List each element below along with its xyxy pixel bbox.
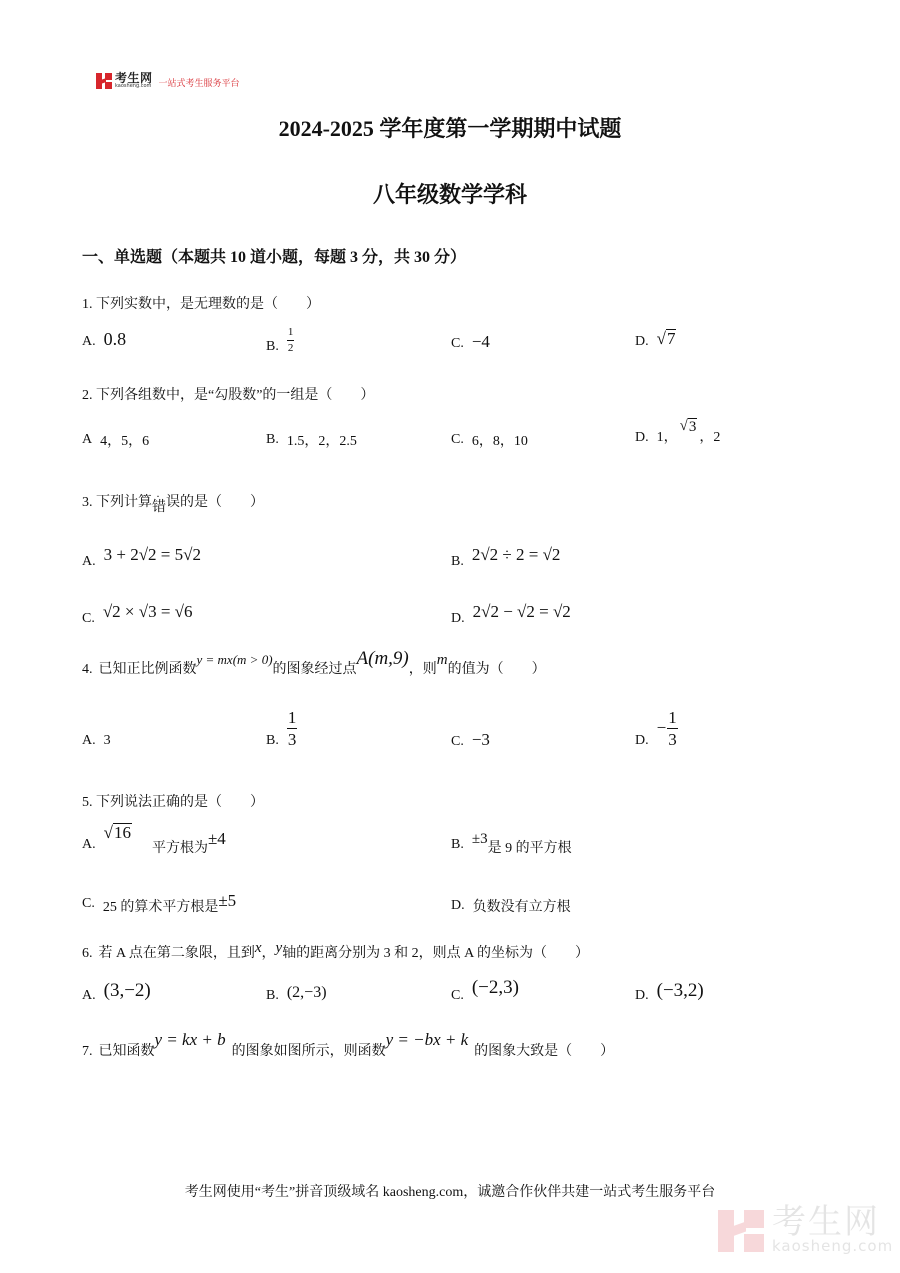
option-label: C.	[451, 734, 464, 750]
emphasis-dot-text: 错	[152, 500, 166, 515]
separator: ，	[262, 942, 276, 962]
q4-option-d[interactable]: D. − 1 3	[635, 707, 678, 749]
question-5-stem: 5. 下列说法正确的是（ ）	[82, 791, 264, 811]
kaosheng-watermark-icon	[718, 1208, 764, 1252]
q5-option-a[interactable]: A. √16 平方根为 ±4	[82, 823, 226, 857]
question-number: 5.	[82, 795, 93, 810]
option-value: ，2	[699, 426, 720, 446]
formula: y = mx(m > 0)	[197, 652, 273, 668]
question-text: 的值为（ ）	[448, 658, 546, 678]
radicand: 16	[113, 823, 132, 843]
option-label: C.	[82, 896, 95, 912]
option-label: B.	[266, 432, 279, 448]
page-footer: 考生网使用“考生”拼音顶级域名 kaosheng.com，诚邀合作伙伴共建一站式…	[0, 1181, 900, 1201]
option-text: 是 9 的平方根	[488, 837, 572, 857]
option-label: C.	[82, 611, 95, 627]
watermark-domain: kaosheng.com	[772, 1239, 893, 1254]
numerator: 1	[667, 709, 678, 729]
fraction: 1 3	[287, 709, 298, 748]
q4-option-a[interactable]: A. 3	[82, 733, 111, 749]
question-text: ，则	[409, 658, 437, 678]
denominator: 3	[668, 729, 677, 748]
option-label: B.	[266, 733, 279, 749]
sqrt-expression: √7	[657, 329, 677, 349]
q6-option-c[interactable]: C. (−2,3)	[451, 977, 519, 1004]
formula: m	[437, 652, 448, 669]
question-number: 7.	[82, 1044, 93, 1060]
question-text: 已知函数	[99, 1040, 155, 1060]
denominator: 3	[288, 729, 297, 748]
option-value: 0.8	[104, 329, 127, 350]
question-text: 若 A 点在第二象限，且到	[99, 942, 255, 962]
question-6-stem: 6. 若 A 点在第二象限，且到 x ， y 轴的距离分别为 3 和 2，则点 …	[82, 940, 589, 962]
question-number: 2.	[82, 388, 93, 403]
option-label: C.	[451, 988, 464, 1004]
question-text: 的图象经过点	[273, 658, 357, 678]
question-2-stem: 2. 下列各组数中，是“勾股数”的一组是（ ）	[82, 384, 374, 404]
option-value: √2 × √3 = √6	[103, 602, 193, 622]
question-number: 3.	[82, 495, 93, 510]
option-label: B.	[266, 339, 279, 355]
exam-subtitle: 八年级数学学科	[0, 178, 900, 209]
minus-sign: −	[657, 718, 667, 738]
denominator: 2	[288, 341, 294, 354]
option-label: D.	[635, 334, 649, 350]
radicand: 3	[688, 418, 698, 436]
kaosheng-logo-icon	[96, 73, 112, 89]
question-text: 下列各组数中，是“勾股数”的一组是（ ）	[96, 388, 374, 403]
option-label: A.	[82, 733, 96, 749]
question-text: 的图象大致是（ ）	[474, 1040, 614, 1060]
numerator: 1	[287, 709, 298, 729]
watermark-name: 考生网	[772, 1205, 893, 1239]
section-heading: 一、单选题（本题共 10 道小题，每题 3 分，共 30 分）	[82, 244, 466, 267]
option-value: 2√2 − √2 = √2	[473, 602, 571, 622]
question-text: 下列实数中，是无理数的是（ ）	[96, 297, 320, 312]
question-number: 4.	[82, 662, 93, 678]
option-label: B.	[451, 554, 464, 570]
q4-option-c[interactable]: C. −3	[451, 730, 490, 750]
q6-option-a[interactable]: A. (3,−2)	[82, 980, 151, 1004]
question-number: 1.	[82, 297, 93, 312]
option-label: D.	[635, 430, 649, 446]
watermark: 考生网 kaosheng.com	[718, 1205, 893, 1254]
option-value: 4，5，6	[100, 430, 149, 450]
question-3-stem: 3. 下列计算错误的是（ ）	[82, 491, 264, 511]
option-label: D.	[635, 988, 649, 1004]
question-text: 误的是（ ）	[166, 495, 264, 510]
sqrt-expression: √16	[104, 823, 132, 843]
q1-option-c[interactable]: C. −4	[451, 336, 490, 352]
question-text: 轴的距离分别为 3 和 2，则点 A 的坐标为（ ）	[282, 942, 589, 962]
option-label: A.	[82, 837, 96, 853]
q2-option-a[interactable]: A 4，5，6	[82, 430, 149, 450]
question-4-stem: 4. 已知正比例函数 y = mx(m > 0) 的图象经过点 A(m,9) ，…	[82, 652, 546, 678]
q5-option-c[interactable]: C. 25 的算术平方根是 ±5	[82, 891, 236, 916]
option-label: C.	[451, 336, 464, 352]
q1-option-a[interactable]: A. 0.8	[82, 334, 126, 350]
q1-option-d[interactable]: D. √7	[635, 334, 676, 350]
option-value: 2√2 ÷ 2 = √2	[472, 545, 561, 565]
option-value: 1.5，2，2.5	[287, 430, 357, 450]
option-value: (−3,2)	[657, 980, 704, 1002]
question-text: 下列说法正确的是（ ）	[96, 795, 264, 810]
fraction: 1 2	[287, 327, 295, 354]
q5-option-d[interactable]: D. 负数没有立方根	[451, 896, 571, 916]
q3-option-a[interactable]: A. 3 + 2√2 = 5√2	[82, 540, 201, 570]
radicand: 7	[666, 329, 677, 349]
q1-option-b[interactable]: B. 1 2	[266, 325, 294, 355]
option-label: D.	[635, 733, 649, 749]
variable-x: x	[255, 940, 262, 957]
logo-slogan: 一站式考生服务平台	[159, 76, 240, 89]
formula: y = −bx + k	[386, 1030, 469, 1050]
sqrt-expression: √3	[680, 418, 698, 436]
logo-domain: kaosheng.com	[115, 84, 153, 89]
question-text: 下列计算	[96, 495, 152, 510]
option-label: A.	[82, 554, 96, 570]
q2-option-b[interactable]: B. 1.5，2，2.5	[266, 430, 357, 450]
option-value: (3,−2)	[104, 980, 151, 1002]
option-label: A.	[82, 988, 96, 1004]
option-text: 25 的算术平方根是	[103, 896, 219, 916]
option-text: 负数没有立方根	[473, 896, 571, 916]
option-value: 3	[104, 733, 111, 749]
q2-option-c[interactable]: C. 6，8，10	[451, 430, 528, 450]
question-7-stem: 7. 已知函数 y = kx + b 的图象如图所示，则函数 y = −bx +…	[82, 1030, 614, 1060]
option-value: −4	[472, 332, 490, 352]
q6-option-b[interactable]: B. (2,−3)	[266, 984, 327, 1004]
q2-option-d[interactable]: D. 1， √3 ，2	[635, 418, 720, 446]
option-value: (−2,3)	[472, 977, 519, 999]
question-1-stem: 1. 下列实数中，是无理数的是（ ）	[82, 293, 320, 313]
fraction: 1 3	[667, 709, 678, 748]
numerator: 1	[287, 327, 295, 341]
q3-option-b[interactable]: B. 2√2 ÷ 2 = √2	[451, 540, 560, 570]
question-number: 6.	[82, 946, 93, 962]
option-value: 1，	[657, 426, 678, 446]
option-label: D.	[451, 898, 465, 914]
option-value: ±3	[472, 831, 488, 848]
option-label: D.	[451, 611, 465, 627]
q5-option-b[interactable]: B. ±3 是 9 的平方根	[451, 831, 572, 857]
formula: y = kx + b	[155, 1030, 226, 1050]
question-text: 已知正比例函数	[99, 658, 197, 678]
option-text: 平方根为	[152, 837, 208, 857]
question-text: 的图象如图所示，则函数	[232, 1040, 386, 1060]
option-value: 6，8，10	[472, 430, 528, 450]
option-label: B.	[266, 988, 279, 1004]
option-label: C.	[451, 432, 464, 448]
option-value: −3	[472, 730, 490, 750]
option-value: ±4	[208, 829, 226, 849]
option-label: A	[82, 432, 92, 448]
formula: A(m,9)	[357, 648, 409, 670]
q4-option-b[interactable]: B. 1 3	[266, 707, 297, 749]
variable-y: y	[276, 940, 283, 957]
option-label: A.	[82, 334, 96, 350]
header-logo: 考生网 kaosheng.com 一站式考生服务平台	[96, 72, 240, 89]
exam-title: 2024-2025 学年度第一学期期中试题	[0, 112, 900, 143]
q3-option-c[interactable]: C. √2 × √3 = √6	[82, 597, 193, 627]
q3-option-d[interactable]: D. 2√2 − √2 = √2	[451, 597, 571, 627]
option-value: 3 + 2√2 = 5√2	[104, 545, 201, 565]
q6-option-d[interactable]: D. (−3,2)	[635, 980, 704, 1004]
option-label: B.	[451, 837, 464, 853]
option-value: (2,−3)	[287, 984, 327, 1002]
option-value: ±5	[218, 891, 236, 911]
